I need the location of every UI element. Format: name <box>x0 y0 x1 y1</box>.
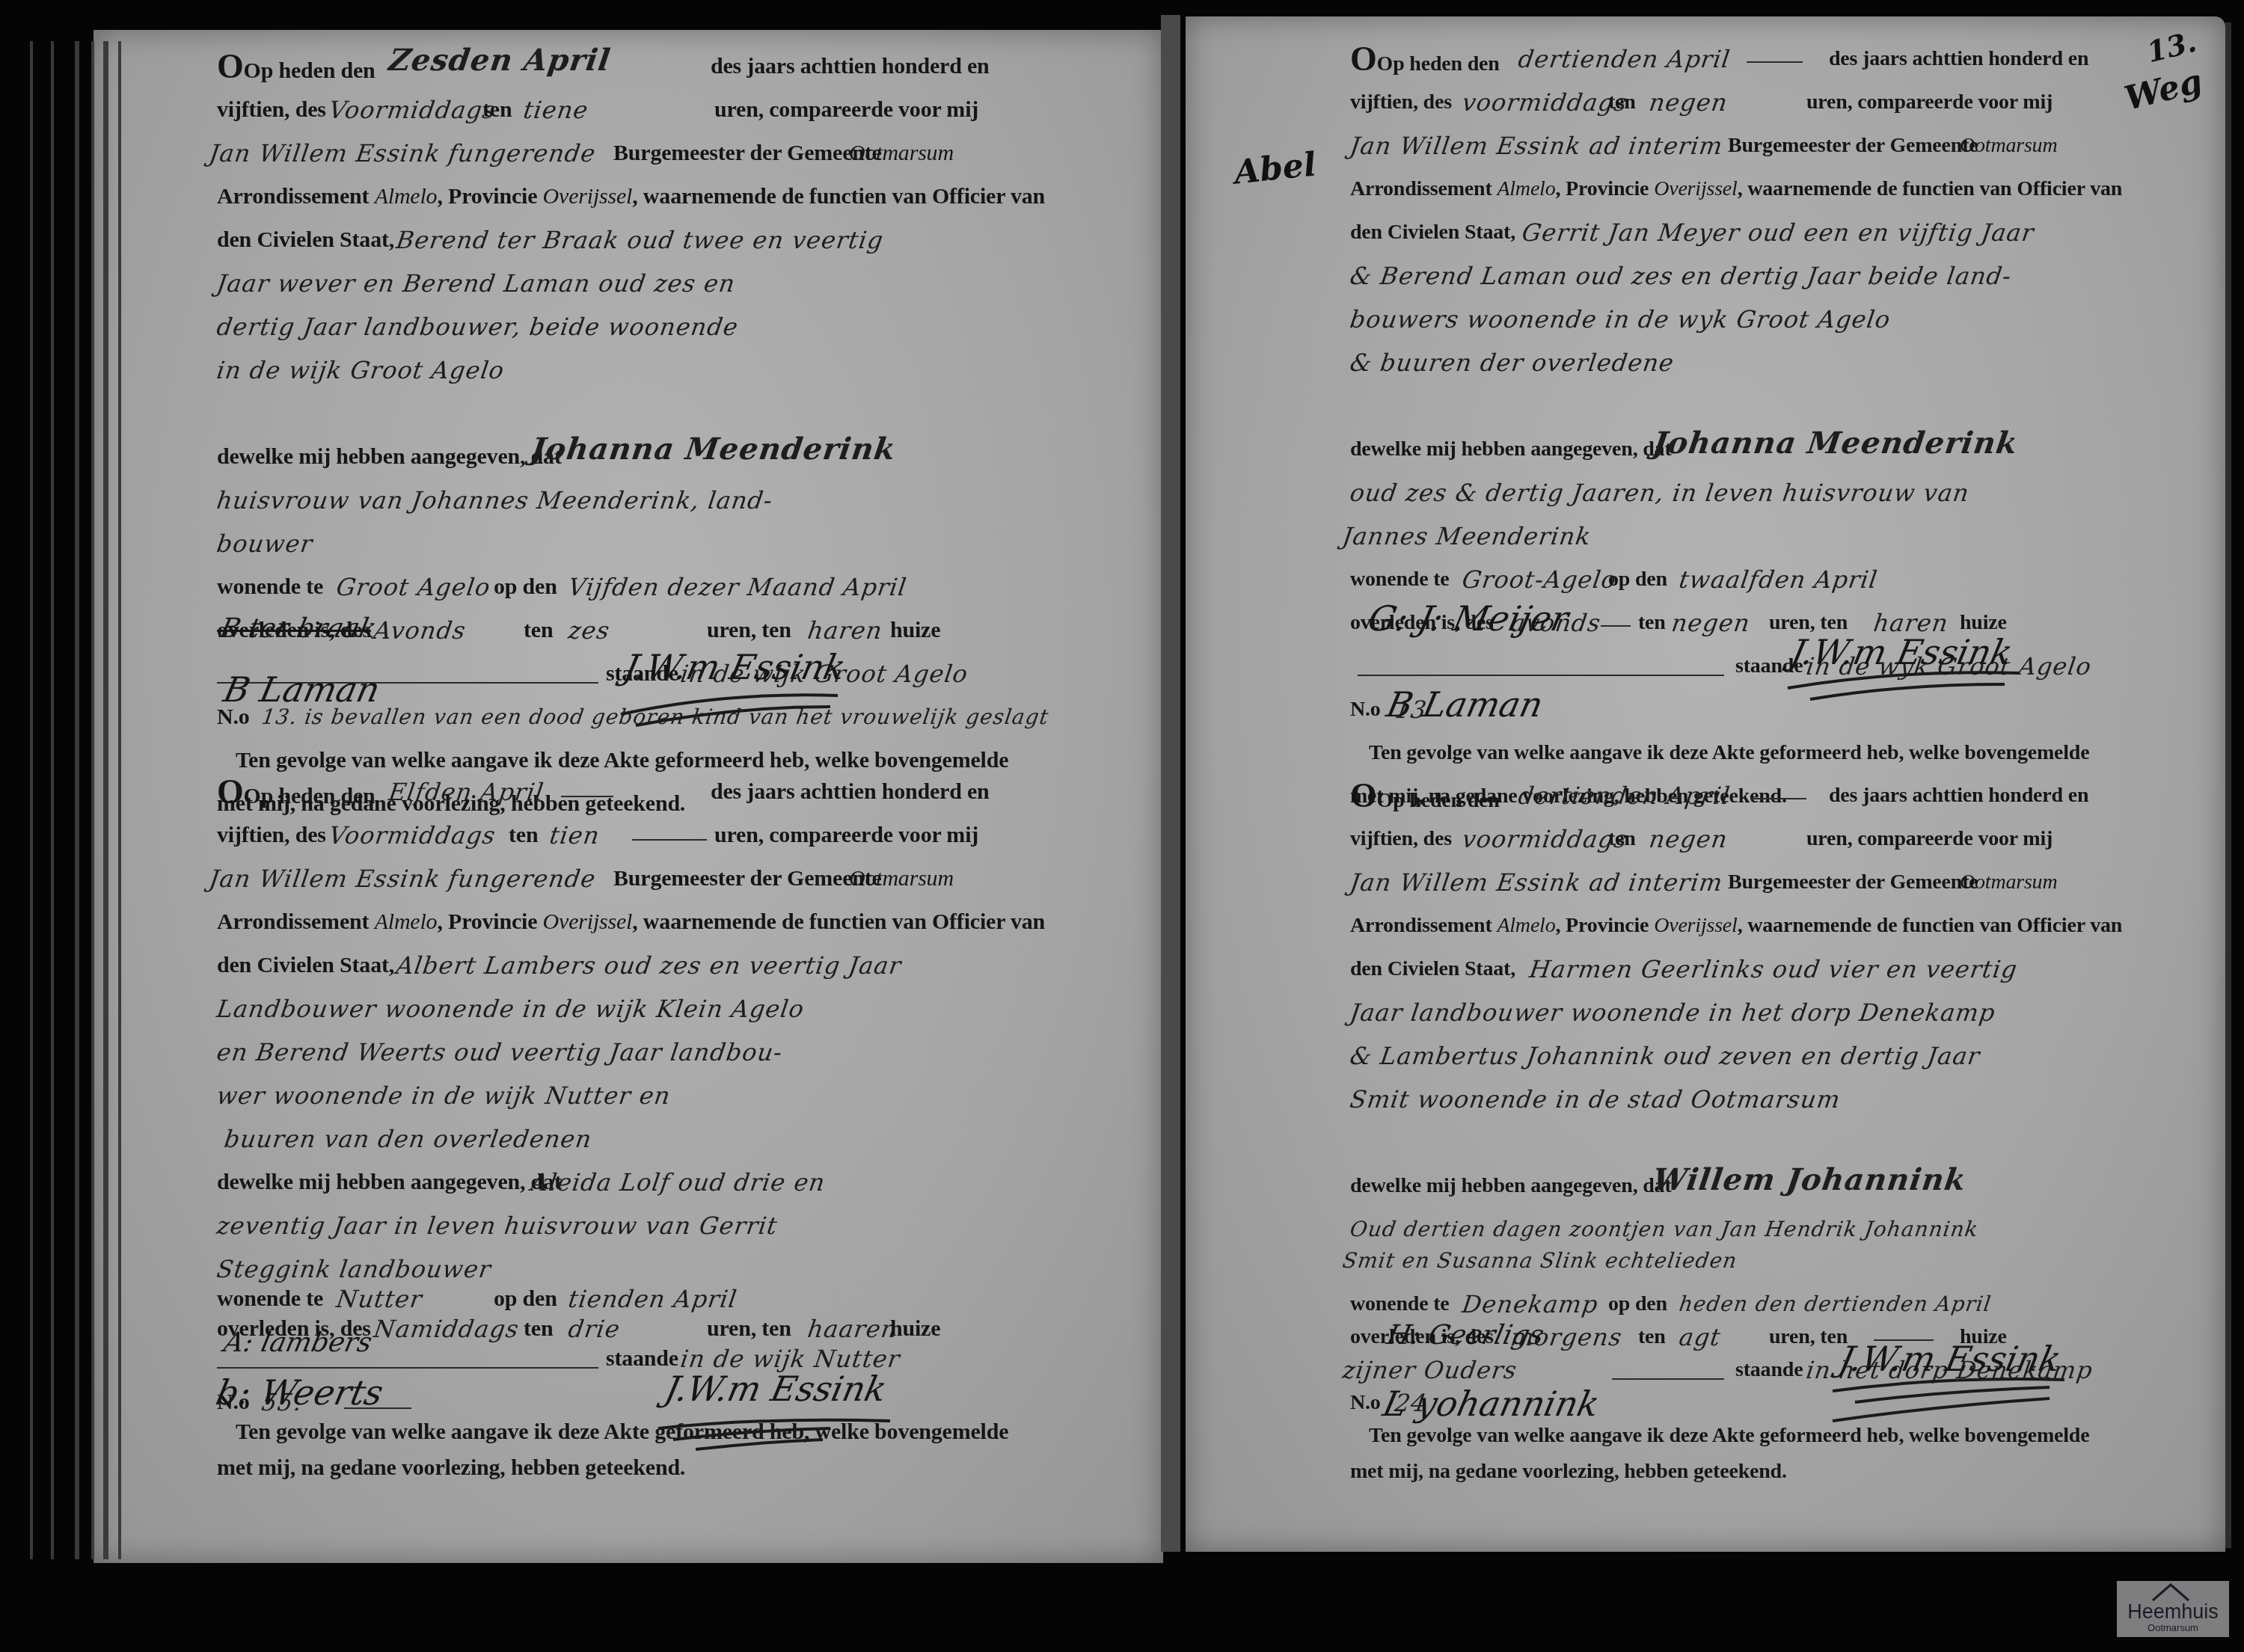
deceased-name: Aleida Lolf oud drie en <box>528 1161 828 1204</box>
heemhuis-watermark: Heemhuis Ootmarsum <box>2117 1581 2229 1637</box>
official-name: Jan Willem Essink ad interim <box>1347 861 1726 904</box>
signature-flourish <box>613 673 853 733</box>
record-date: Zesden April <box>386 39 613 82</box>
book-spine <box>1161 15 1180 1552</box>
witness-line: buuren van den overledenen <box>221 1117 595 1161</box>
witness-signature: b: Weerts <box>212 1372 387 1413</box>
witness-line: Landbouwer woonende in de wijk Klein Age… <box>214 987 807 1031</box>
record-hour: negen <box>1646 81 1731 124</box>
deceased-name: Johanna Meenderink <box>1650 422 2021 465</box>
witness-line: Gerrit Jan Meyer oud een en vijftig Jaar <box>1519 211 2037 254</box>
drop-cap: O <box>217 47 244 85</box>
witness-line: en Berend Weerts oud veertig Jaar landbo… <box>214 1031 785 1074</box>
deceased-details: Jannes Meenderink <box>1340 515 1594 558</box>
signature-flourish <box>1780 658 2027 710</box>
witness-line: Jaar wever en Berend Laman oud zes en <box>214 262 738 305</box>
record-date: dertienden April <box>1515 37 1733 81</box>
death-date: twaalfden April <box>1676 558 1880 601</box>
signature-flourish <box>651 1406 898 1458</box>
official-name: Jan Willem Essink ad interim <box>1347 124 1726 168</box>
witness-line: Jaar landbouwer woonende in het dorp Den… <box>1347 991 1999 1034</box>
witness-line: Smit woonende in de stad Ootmarsum <box>1347 1078 1843 1121</box>
right-page-edge <box>2225 22 2231 1548</box>
witness-signature: B Laman <box>1383 684 1547 725</box>
witness-line: Harmen Geerlinks oud vier en veertig <box>1527 948 2020 991</box>
witness-line: & buuren der overledene <box>1347 341 1677 384</box>
record-date: dertienden April <box>1515 774 1733 817</box>
record-daypart: voormiddags <box>1459 81 1631 124</box>
witness-signature: A: lambers <box>221 1327 375 1358</box>
drop-cap: O <box>1350 40 1377 78</box>
death-daypart: Avonds <box>371 609 469 652</box>
witness-line: Berend ter Braak oud twee en veertig <box>393 218 886 262</box>
witness-line: wer woonende in de wijk Nutter en <box>214 1074 674 1117</box>
deceased-details: bouwer <box>214 522 316 565</box>
death-hour: negen <box>1669 601 1753 645</box>
witness-signature: B ter braak <box>218 613 379 644</box>
record-hour: tiene <box>521 88 592 132</box>
official-signature: J.W.m Essink <box>661 1369 890 1409</box>
witness-line: bouwers woonende in de wyk Groot Agelo <box>1347 298 1893 341</box>
witness-line: & Berend Laman oud zes en dertig Jaar be… <box>1347 254 2014 298</box>
residence: Groot-Agelo <box>1459 558 1619 601</box>
witness-line: dertig Jaar landbouwer, beide woonende <box>214 305 741 348</box>
deceased-details: huisvrouw van Johannes Meenderink, land- <box>214 479 776 522</box>
witness-signature: L yohannink <box>1379 1384 1603 1424</box>
record-date: Elfden April <box>386 770 547 814</box>
official-name: Jan Willem Essink fungerende <box>206 132 599 175</box>
house-roof-icon <box>2151 1582 2190 1602</box>
drop-cap: O <box>1350 776 1377 814</box>
witness-line: Albert Lambers oud zes en veertig Jaar <box>393 944 904 987</box>
record-hour: tien <box>547 814 603 857</box>
witness-signature: G: J: Meijer <box>1364 598 1572 639</box>
drop-cap: O <box>217 773 244 811</box>
deceased-name: Johanna Meenderink <box>528 428 899 471</box>
residence: Groot Agelo <box>334 565 494 609</box>
death-hour: zes <box>565 609 613 652</box>
deceased-details: Smit en Susanna Slink echtelieden <box>1340 1239 1741 1283</box>
witness-line: in de wijk Groot Agelo <box>214 348 507 392</box>
house-owner: haren <box>805 609 886 652</box>
official-name: Jan Willem Essink fungerende <box>206 857 599 900</box>
record-daypart: Voormiddags <box>326 88 499 132</box>
record-hour: negen <box>1646 817 1731 861</box>
witness-signature: B Laman <box>220 669 384 710</box>
death-date: Vijfden dezer Maand April <box>565 565 910 609</box>
page-stack-edges <box>22 41 150 1559</box>
signature-flourish <box>1825 1369 2072 1428</box>
record-daypart: Voormiddags <box>326 814 499 857</box>
witness-signature: H: Geerligs <box>1385 1320 1547 1351</box>
deceased-name: Willem Johannink <box>1650 1158 1969 1202</box>
record-daypart: voormiddags <box>1459 817 1631 861</box>
deceased-details: oud zes & dertig Jaaren, in leven huisvr… <box>1347 471 1972 515</box>
deceased-details: zeventig Jaar in leven huisvrouw van Ger… <box>214 1204 781 1247</box>
witness-line: & Lambertus Johannink oud zeven en derti… <box>1347 1034 1983 1078</box>
